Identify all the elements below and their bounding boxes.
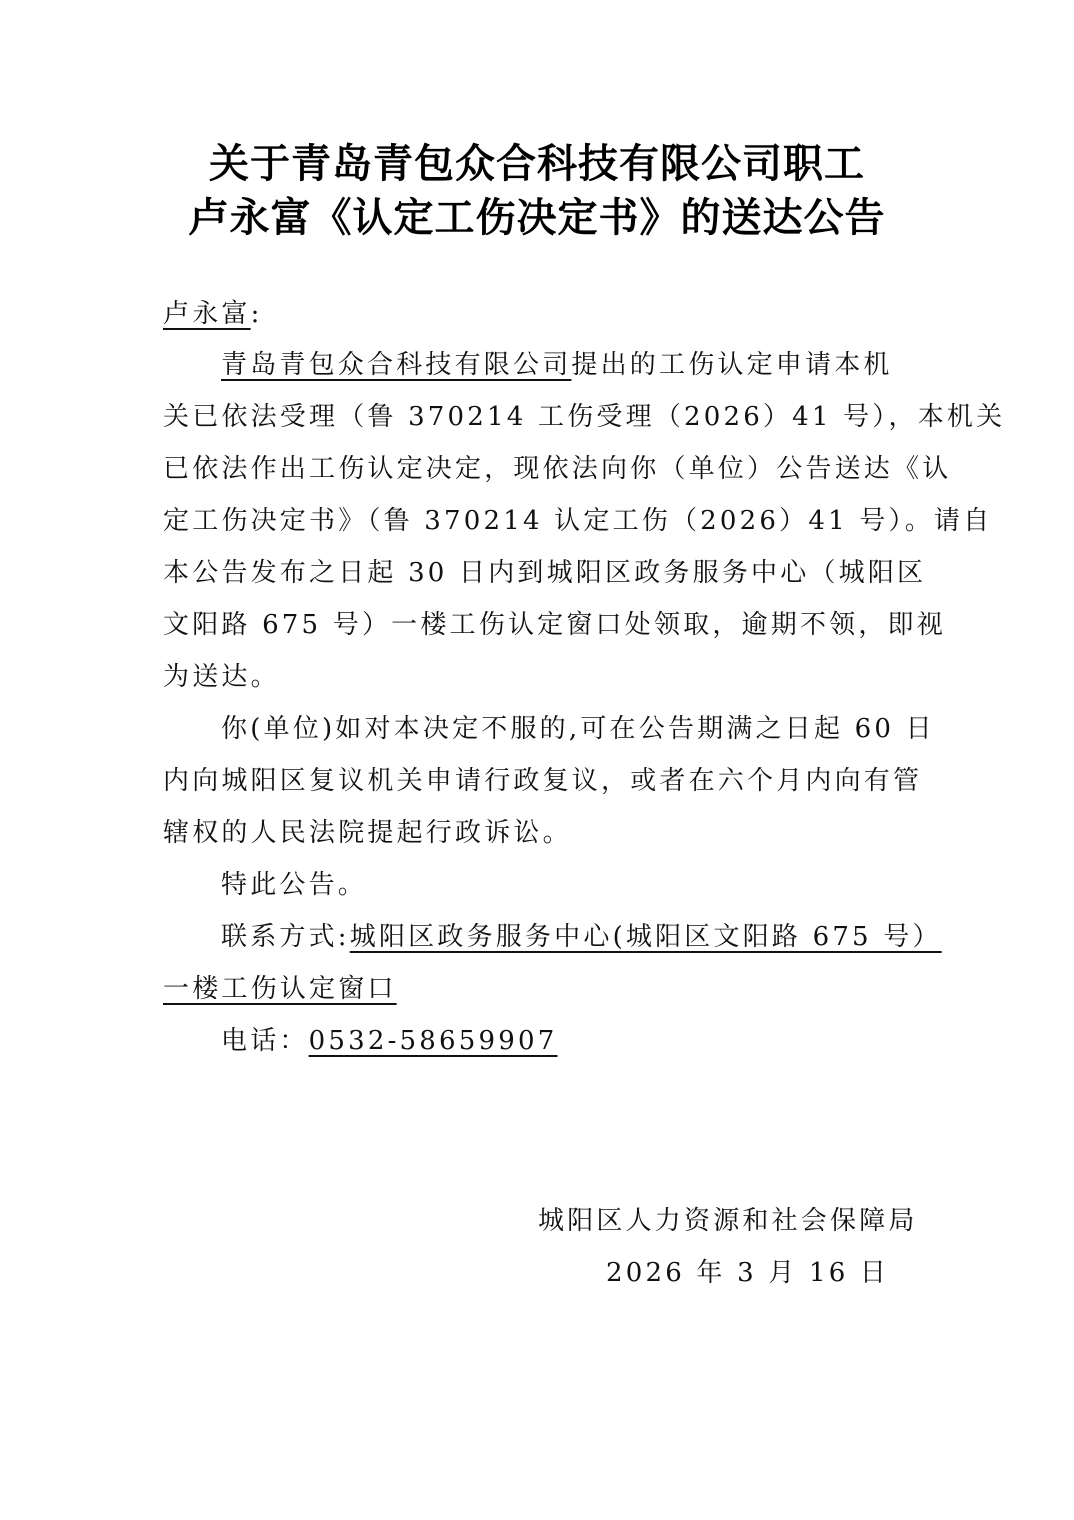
paragraph-1-line-6: 文阳路 675 号）一楼工伤认定窗口处领取，逾期不领，即视 xyxy=(163,608,923,642)
title-line-2: 卢永富《认定工伤决定书》的送达公告 xyxy=(0,186,1074,243)
paragraph-1-line-4: 定工伤决定书》（鲁 370214 认定工伤（2026）41 号）。请自 xyxy=(163,504,923,538)
addressee-colon: : xyxy=(251,299,263,329)
phone-number: 0532-58659907 xyxy=(309,1026,558,1056)
paragraph-1-line-5: 本公告发布之日起 30 日内到城阳区政务服务中心（城阳区 xyxy=(163,556,923,590)
phone-label: 电话： xyxy=(221,1026,309,1056)
company-name: 青岛青包众合科技有限公司 xyxy=(221,350,571,380)
paragraph-1-line-3: 已依法作出工伤认定决定，现依法向你（单位）公告送达《认 xyxy=(163,452,923,486)
paragraph-1-line-2: 关已依法受理（鲁 370214 工伤受理（2026）41 号），本机关 xyxy=(163,400,923,434)
paragraph-2-line-3: 辖权的人民法院提起行政诉讼。 xyxy=(163,816,923,850)
contact-address: 城阳区政务服务中心(城阳区文阳路 675 号） xyxy=(350,922,942,952)
addressee: 卢永富: xyxy=(163,297,923,331)
paragraph-2-line-2: 内向城阳区复议机关申请行政复议，或者在六个月内向有管 xyxy=(163,764,923,798)
paragraph-1-line-1: 青岛青包众合科技有限公司提出的工伤认定申请本机 xyxy=(163,348,981,382)
paragraph-1-line-7: 为送达。 xyxy=(163,660,923,694)
contact-line-2: 一楼工伤认定窗口 xyxy=(163,972,923,1006)
addressee-name: 卢永富 xyxy=(163,299,251,329)
issuing-organization: 城阳区人力资源和社会保障局 xyxy=(538,1204,918,1238)
closing-statement: 特此公告。 xyxy=(163,868,981,902)
title-line-1: 关于青岛青包众合科技有限公司职工 xyxy=(0,132,1074,189)
contact-window: 一楼工伤认定窗口 xyxy=(163,974,397,1004)
paragraph-2-line-1: 你(单位)如对本决定不服的,可在公告期满之日起 60 日 xyxy=(163,712,981,746)
contact-label: 联系方式: xyxy=(221,922,350,952)
contact-line-1: 联系方式:城阳区政务服务中心(城阳区文阳路 675 号） xyxy=(163,920,981,954)
paragraph-1-text: 提出的工伤认定申请本机 xyxy=(571,350,892,380)
phone-line: 电话：0532-58659907 xyxy=(163,1024,981,1058)
issue-date: 2026 年 3 月 16 日 xyxy=(606,1256,889,1290)
